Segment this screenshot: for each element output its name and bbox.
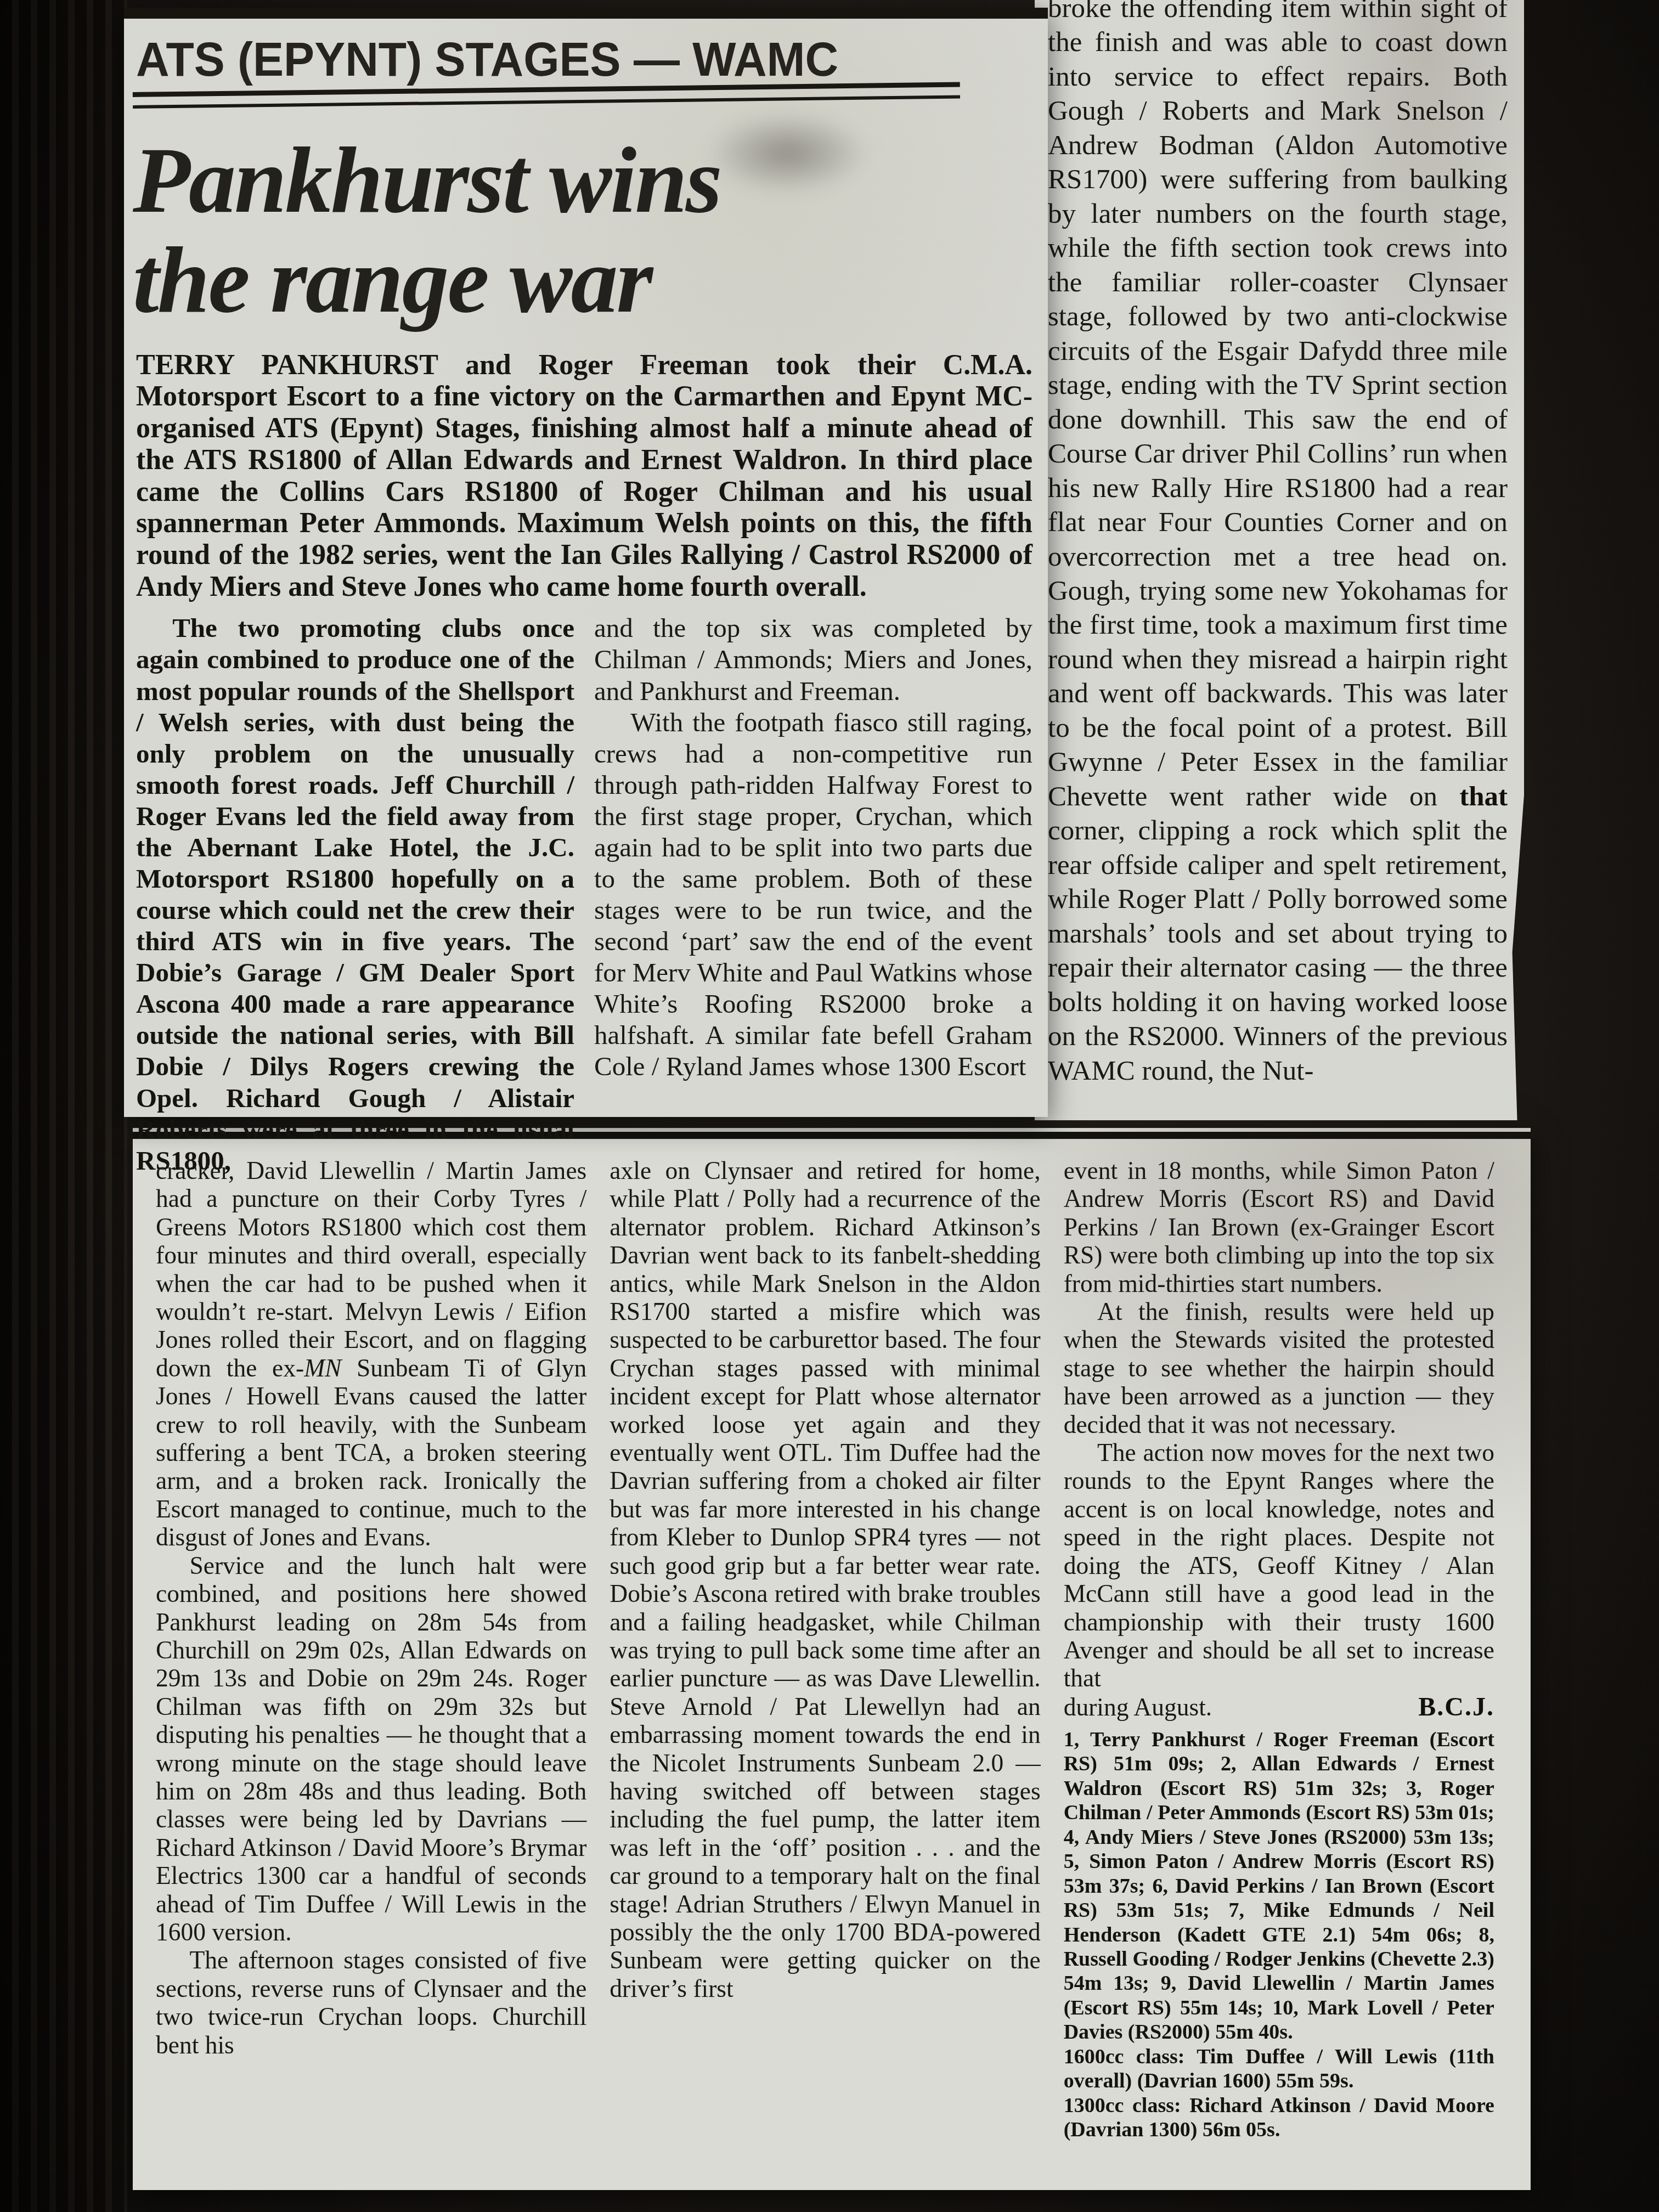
headline-line1: Pankhurst wins	[133, 128, 721, 233]
paragraph: The afternoon stages consisted of five s…	[156, 1946, 586, 2059]
kicker: ATS (EPYNT) STAGES — WAMC	[136, 35, 1037, 83]
byline: B.C.J.	[1418, 1692, 1494, 1722]
headline-line2: the range war	[133, 228, 651, 332]
clipping-right-column: broke the offending item within sight of…	[1035, 0, 1524, 1120]
byline-row: during August. B.C.J.	[1064, 1692, 1494, 1722]
paragraph: At the finish, results were held up when…	[1064, 1297, 1494, 1438]
paragraph: broke the offending item within sight of…	[1035, 0, 1524, 1088]
results-1600cc-class: 1600cc class: Tim Duffee / Will Lewis (1…	[1064, 2045, 1494, 2093]
clipping-bottom: cracker, David Llewellin / Martin James …	[133, 1128, 1531, 2190]
bold-word: that	[1459, 781, 1508, 812]
top-columns: The two promoting clubs once again combi…	[136, 612, 1032, 1176]
paragraph: With the footpath fiasco still raging, c…	[594, 707, 1032, 1082]
paragraph: The action now moves for the next two ro…	[1064, 1438, 1494, 1692]
body-text: cracker, David Llewellin / Martin James …	[156, 1156, 586, 1382]
body-text: Sunbeam Ti of Glyn Jones / Howell Evans …	[156, 1354, 586, 1551]
bottom-column-3: event in 18 months, while Simon Paton / …	[1064, 1156, 1494, 2142]
results-1300cc-class: 1300cc class: Richard Atkinson / David M…	[1064, 2093, 1494, 2142]
paragraph: event in 18 months, while Simon Paton / …	[1064, 1156, 1494, 1297]
top-column-2: and the top six was completed by Chilman…	[594, 612, 1032, 1176]
album-spine-shadow	[0, 0, 127, 2212]
body-text: corner, clipping a rock which split the …	[1048, 815, 1508, 1086]
bottom-column-2: axle on Clynsaer and retired for home, w…	[610, 1156, 1040, 2142]
kicker-underline	[133, 82, 960, 109]
bottom-column-1: cracker, David Llewellin / Martin James …	[156, 1156, 586, 2142]
lede-paragraph: TERRY PANKHURST and Roger Freeman took t…	[136, 349, 1032, 603]
clipping-main-article: ATS (EPYNT) STAGES — WAMC Pankhurst wins…	[124, 8, 1048, 1117]
top-column-1: The two promoting clubs once again combi…	[136, 612, 574, 1176]
paragraph: and the top six was completed by Chilman…	[594, 612, 1032, 706]
paragraph: cracker, David Llewellin / Martin James …	[156, 1156, 586, 1551]
top-edge-rule	[124, 8, 1048, 19]
bottom-columns: cracker, David Llewellin / Martin James …	[133, 1139, 1531, 2142]
headline: Pankhurst wins the range war	[133, 131, 1048, 331]
italic-word: MN	[304, 1354, 341, 1382]
paragraph: The two promoting clubs once again combi…	[136, 612, 574, 1176]
results-list: 1, Terry Pankhurst / Roger Freeman (Esco…	[1064, 1728, 1494, 2142]
kicker-rule-thin	[133, 95, 960, 109]
results-overall: 1, Terry Pankhurst / Roger Freeman (Esco…	[1064, 1728, 1494, 2045]
paragraph: Service and the lunch halt were combined…	[156, 1551, 586, 1946]
paragraph: axle on Clynsaer and retired for home, w…	[610, 1156, 1040, 2002]
album-page-photo: ATS (EPYNT) STAGES — WAMC Pankhurst wins…	[0, 0, 1659, 2212]
paragraph-last-line: during August.	[1064, 1693, 1212, 1721]
body-text: broke the offending item within sight of…	[1048, 0, 1508, 812]
